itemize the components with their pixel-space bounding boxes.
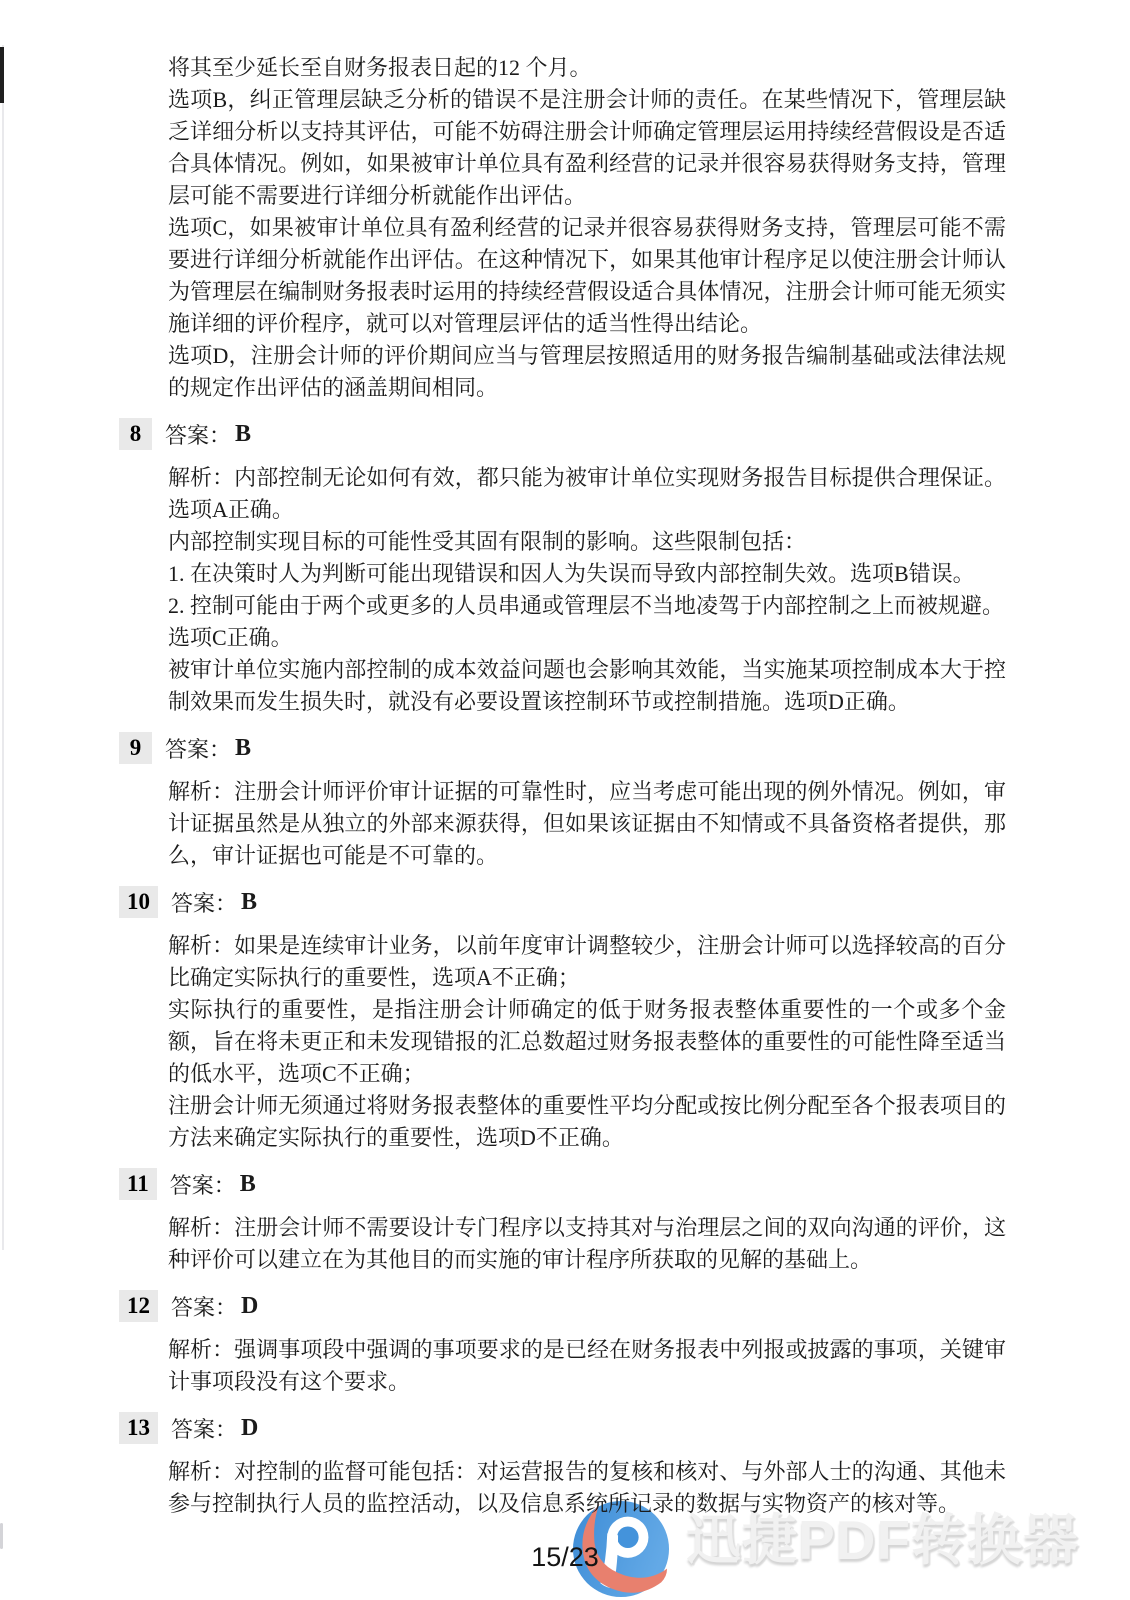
answer-row: 8 答案： B (119, 417, 1006, 451)
explanation-line: 实际执行的重要性，是指注册会计师确定的低于财务报表整体重要性的一个或多个金 (168, 994, 1006, 1026)
answer-letter: B (235, 735, 251, 762)
explanation-line: 额，旨在将未更正和未发现错报的汇总数超过财务报表整体的重要性的可能性降至适当 (168, 1026, 1006, 1058)
text-line: 的规定作出评估的涵盖期间相同。 (168, 372, 1006, 404)
answer-item-13: 13 答案： D 解析：对控制的监督可能包括：对运营报告的复核和核对、与外部人士… (168, 1411, 1006, 1520)
explanation-line: 1. 在决策时人为判断可能出现错误和因人为失误而导致内部控制失效。选项B错误。 (168, 558, 1006, 590)
text-line: 要进行详细分析就能作出评估。在这种情况下，如果其他审计程序足以使注册会计师认 (168, 244, 1006, 276)
text-line: 施详细的评价程序，就可以对管理层评估的适当性得出结论。 (168, 308, 1006, 340)
explanation-line: 解析：注册会计师不需要设计专门程序以支持其对与治理层之间的双向沟通的评价，这 (168, 1212, 1006, 1244)
explanation-line: 2. 控制可能由于两个或更多的人员串通或管理层不当地凌驾于内部控制之上而被规避。 (168, 590, 1006, 622)
answer-item-12: 12 答案： D 解析：强调事项段中强调的事项要求的是已经在财务报表中列报或披露… (168, 1289, 1006, 1398)
explanation-line: 计证据虽然是从独立的外部来源获得，但如果该证据由不知情或不具备资格者提供，那 (168, 808, 1006, 840)
answer-row: 12 答案： D (119, 1289, 1006, 1323)
explanation-line: 被审计单位实施内部控制的成本效益问题也会影响其效能，当实施某项控制成本大于控 (168, 654, 1006, 686)
explanation-line: 内部控制实现目标的可能性受其固有限制的影响。这些限制包括： (168, 526, 1006, 558)
answer-label: 答案： (171, 1291, 237, 1322)
answer-letter: D (241, 1293, 258, 1320)
explanation-line: 选项A正确。 (168, 494, 1006, 526)
scan-artifact-top (0, 47, 4, 103)
answer-item-10: 10 答案： B 解析：如果是连续审计业务，以前年度审计调整较少，注册会计师可以… (168, 885, 1006, 1154)
page-number: 15/23 (0, 1542, 1130, 1573)
text-line: 合具体情况。例如，如果被审计单位具有盈利经营的记录并很容易获得财务支持，管理 (168, 148, 1006, 180)
explanation-line: 解析：对控制的监督可能包括：对运营报告的复核和核对、与外部人士的沟通、其他未 (168, 1456, 1006, 1488)
text-line: 将其至少延长至自财务报表日起的12 个月。 (168, 52, 1006, 84)
answer-item-8: 8 答案： B 解析：内部控制无论如何有效，都只能为被审计单位实现财务报告目标提… (168, 417, 1006, 718)
text-line: 层可能不需要进行详细分析就能作出评估。 (168, 180, 1006, 212)
answer-item-11: 11 答案： B 解析：注册会计师不需要设计专门程序以支持其对与治理层之间的双向… (168, 1167, 1006, 1276)
explanation-line: 参与控制执行人员的监控活动，以及信息系统所记录的数据与实物资产的核对等。 (168, 1488, 1006, 1520)
question-number: 11 (119, 1168, 157, 1200)
answer-row: 10 答案： B (119, 885, 1006, 919)
explanation-line: 解析：强调事项段中强调的事项要求的是已经在财务报表中列报或披露的事项，关键审 (168, 1334, 1006, 1366)
answer-item-9: 9 答案： B 解析：注册会计师评价审计证据的可靠性时，应当考虑可能出现的例外情… (168, 731, 1006, 872)
explanation-line: 选项C正确。 (168, 622, 1006, 654)
answer-letter: D (241, 1415, 258, 1442)
scan-edge-line (2, 45, 4, 1250)
explanation-line: 方法来确定实际执行的重要性，选项D不正确。 (168, 1122, 1006, 1154)
continuation-text: 将其至少延长至自财务报表日起的12 个月。 选项B，纠正管理层缺乏分析的错误不是… (168, 52, 1006, 404)
answer-row: 11 答案： B (119, 1167, 1006, 1201)
explanation-line: 计事项段没有这个要求。 (168, 1366, 1006, 1398)
answer-label: 答案： (165, 419, 231, 450)
explanation-line: 种评价可以建立在为其他目的而实施的审计程序所获取的见解的基础上。 (168, 1244, 1006, 1276)
text-line: 选项C，如果被审计单位具有盈利经营的记录并很容易获得财务支持，管理层可能不需 (168, 212, 1006, 244)
answer-letter: B (240, 1171, 256, 1198)
text-line: 为管理层在编制财务报表时运用的持续经营假设适合具体情况，注册会计师可能无须实 (168, 276, 1006, 308)
question-number: 10 (119, 886, 158, 918)
text-line: 选项B，纠正管理层缺乏分析的错误不是注册会计师的责任。在某些情况下，管理层缺 (168, 84, 1006, 116)
explanation-line: 解析：内部控制无论如何有效，都只能为被审计单位实现财务报告目标提供合理保证。 (168, 462, 1006, 494)
explanation-line: 么，审计证据也可能是不可靠的。 (168, 840, 1006, 872)
answer-label: 答案： (171, 1413, 237, 1444)
answer-row: 9 答案： B (119, 731, 1006, 765)
answer-label: 答案： (170, 1169, 236, 1200)
document-page: 将其至少延长至自财务报表日起的12 个月。 选项B，纠正管理层缺乏分析的错误不是… (168, 52, 1006, 1520)
question-number: 13 (119, 1412, 158, 1444)
explanation-line: 的低水平，选项C不正确； (168, 1058, 1006, 1090)
text-line: 乏详细分析以支持其评估，可能不妨碍注册会计师确定管理层运用持续经营假设是否适 (168, 116, 1006, 148)
text-line: 选项D，注册会计师的评价期间应当与管理层按照适用的财务报告编制基础或法律法规 (168, 340, 1006, 372)
explanation-line: 制效果而发生损失时，就没有必要设置该控制环节或控制措施。选项D正确。 (168, 686, 1006, 718)
answer-row: 13 答案： D (119, 1411, 1006, 1445)
explanation-line: 比确定实际执行的重要性，选项A不正确； (168, 962, 1006, 994)
question-number: 9 (119, 732, 152, 764)
answer-label: 答案： (171, 887, 237, 918)
explanation-line: 注册会计师无须通过将财务报表整体的重要性平均分配或按比例分配至各个报表项目的 (168, 1090, 1006, 1122)
question-number: 8 (119, 418, 152, 450)
explanation-line: 解析：如果是连续审计业务，以前年度审计调整较少，注册会计师可以选择较高的百分 (168, 930, 1006, 962)
answer-label: 答案： (165, 733, 231, 764)
explanation-line: 解析：注册会计师评价审计证据的可靠性时，应当考虑可能出现的例外情况。例如，审 (168, 776, 1006, 808)
answer-letter: B (235, 421, 251, 448)
question-number: 12 (119, 1290, 158, 1322)
answer-letter: B (241, 889, 257, 916)
